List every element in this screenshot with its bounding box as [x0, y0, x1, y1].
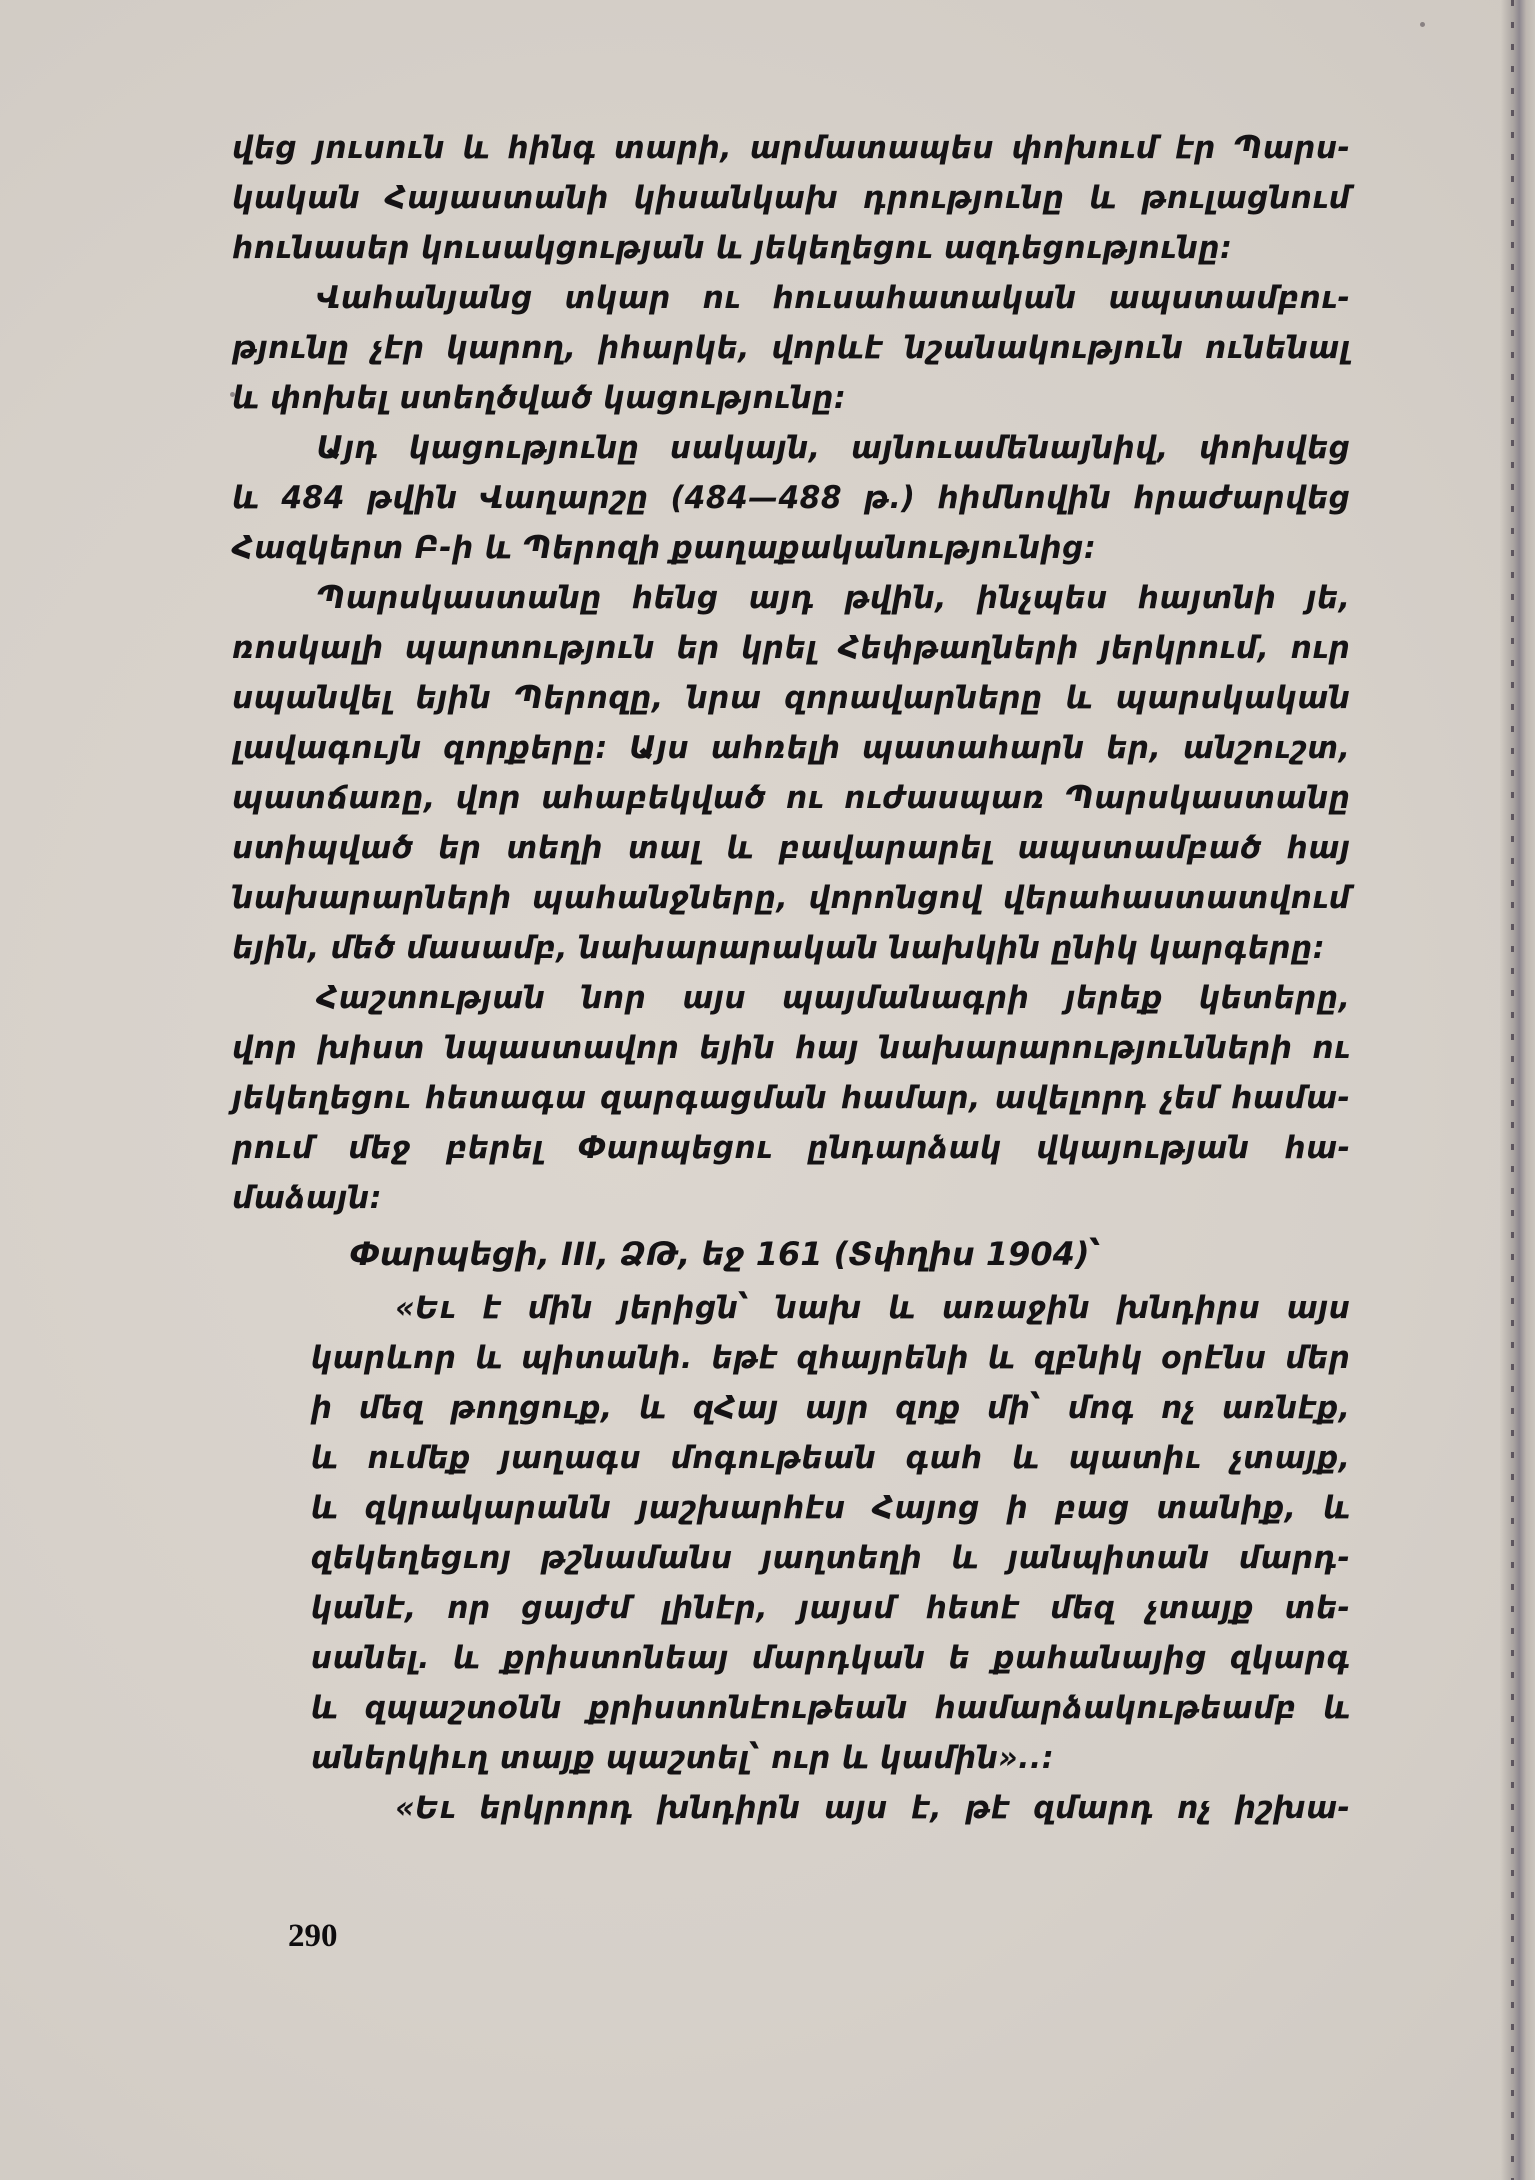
body-line: հունասեր կուսակցության և յեկեղեցու ազդեց… — [232, 223, 1350, 273]
body-line: վոր խիստ նպաստավոր եյին հայ նախարարությո… — [232, 1023, 1350, 1073]
body-line: նախարարների պահանջները, վորոնցով վերահաս… — [232, 873, 1350, 923]
body-line: մաձայն։ — [232, 1173, 1350, 1223]
body-line: Այդ կացությունը սակայն, այնուամենայնիվ, … — [232, 423, 1350, 473]
quote-line: զեկեղեցւոյ թշնամանս յաղտեղի և յանպիտան մ… — [232, 1533, 1350, 1583]
body-line: ռոսկալի պարտություն եր կրել Հեփթաղների յ… — [232, 623, 1350, 673]
body-line: և փոխել ստեղծված կացությունը։ — [232, 373, 1350, 423]
quote-line: կանէ, որ ցայժմ լինէր, յայսմ հետէ մեզ չտա… — [232, 1583, 1350, 1633]
body-line: րում մեջ բերել Փարպեցու ընդարձակ վկայութ… — [232, 1123, 1350, 1173]
body-line: սպանվել եյին Պերոզը, նրա զորավարները և պ… — [232, 673, 1350, 723]
body-line: Պարսկաստանը հենց այդ թվին, ինչպես հայտնի… — [232, 573, 1350, 623]
quote-line: աներկիւղ տայք պաշտել՝ ուր և կամին»..։ — [232, 1733, 1350, 1783]
body-line: ստիպված եր տեղի տալ և բավարարել ապստամբա… — [232, 823, 1350, 873]
body-line: Հաշտության նոր այս պայմանագրի յերեք կետե… — [232, 973, 1350, 1023]
body-line: Հազկերտ Բ-ի և Պերոզի քաղաքականությունից։ — [232, 523, 1350, 573]
quote-line: ի մեզ թողցուք, և զՀայ այր զոք մի՝ մոգ ոչ… — [232, 1383, 1350, 1433]
body-line: թյունը չէր կարող, իհարկե, վորևէ նշանակու… — [232, 323, 1350, 373]
quote-line: սանել. և քրիստոնեայ մարդկան ե քահանայից … — [232, 1633, 1350, 1683]
quotation-block: «Եւ է մին յերիցն՝ նախ և առաջին խնդիրս այ… — [232, 1283, 1397, 1833]
body-line: եյին, մեծ մասամբ, նախարարական նախկին ընի… — [232, 923, 1350, 973]
body-line: և 484 թվին Վաղարշը (484—488 թ.) հիմնովին… — [232, 473, 1350, 523]
quote-line: «Եւ է մին յերիցն՝ նախ և առաջին խնդիրս այ… — [232, 1283, 1350, 1333]
main-text-block: վեց յուսուն և հինգ տարի, արմատապես փոխու… — [232, 123, 1397, 1833]
body-line: յեկեղեցու հետագա զարգացման համար, ավելոր… — [232, 1073, 1350, 1123]
quote-line: և զկրակարանն յաշխարհէս Հայոց ի բաց տանիք… — [232, 1483, 1350, 1533]
scanned-book-page: վեց յուսուն և հինգ տարի, արմատապես փոխու… — [0, 0, 1535, 2180]
body-line: վեց յուսուն և հինգ տարի, արմատապես փոխու… — [232, 123, 1350, 173]
quote-line: կարևոր և պիտանի. եթէ զհայրենի և զբնիկ օր… — [232, 1333, 1350, 1383]
quote-line: և զպաշտօնն քրիստոնէութեան համարձակութեամ… — [232, 1683, 1350, 1733]
body-line: պատճառը, վոր ահաբեկված ու ուժասպառ Պարսկ… — [232, 773, 1350, 823]
body-line: կական Հայաստանի կիսանկախ դրությունը և թո… — [232, 173, 1350, 223]
quote-line: «Եւ երկրորդ խնդիրն այս է, թէ զմարդ ոչ իշ… — [232, 1783, 1350, 1833]
page-number: 290 — [288, 1918, 338, 1955]
quote-line: և ումեք յաղագս մոգութեան գահ և պատիւ չտա… — [232, 1433, 1350, 1483]
book-gutter-shadow — [1500, 0, 1535, 2180]
source-citation: Փարպեցի, III, ՁԹ, եջ 161 (Տփղիս 1904)՝ — [232, 1225, 1397, 1283]
paper-speck — [1420, 22, 1425, 27]
binding-edge — [1511, 0, 1514, 2180]
body-line: Վահանյանց տկար ու հուսահատական ապստամբու… — [232, 273, 1350, 323]
body-line: լավագույն զորքերը։ Այս ահռելի պատահարն ե… — [232, 723, 1350, 773]
